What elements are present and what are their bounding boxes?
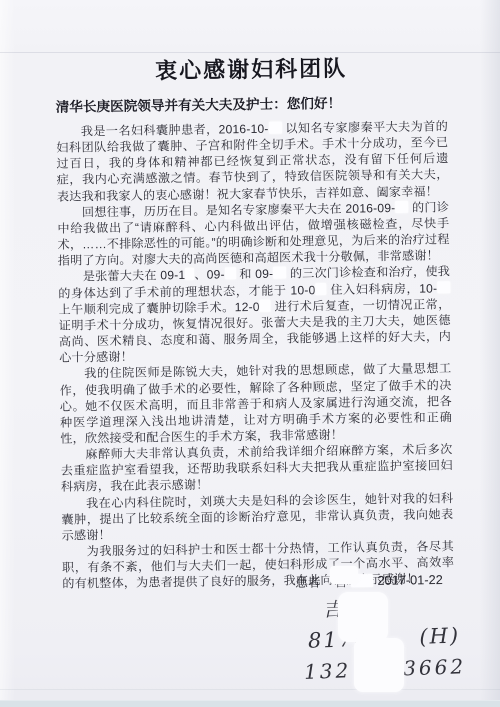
redaction-box <box>315 283 326 295</box>
redaction-box <box>437 281 450 293</box>
paragraph-dr-zhanglei: 是张蕾大夫在 09-1、09- 和 09- 的三次门诊检查和治疗，使我的身体达到… <box>58 264 451 366</box>
text-run: 回想往事，历历在目。是知名专家廖秦平大夫在 2016-09- <box>82 201 396 219</box>
redaction-box <box>395 201 408 213</box>
paragraph-dr-chenrui: 我的住院医师是陈锐大夫，她针对我的思想顾虑，做了大量思想工作，使我明确了做手术的… <box>59 361 452 447</box>
text-run: 上午顺利完成了囊肿切除手术。12-0 <box>58 300 259 317</box>
text-run: 我的住院医师是陈锐大夫，她针对我的思想顾虑，做了大量思想工作，使我明确了做手术的… <box>60 362 453 446</box>
redaction-blob <box>338 592 388 642</box>
paragraph-intro: 我是一名妇科囊肿患者，2016-10- 以知名专家廖秦平大夫为首的妇科团队给我做… <box>56 118 449 204</box>
scanned-letter-page: 衷心感谢妇科团队 清华长庚医院领导并有关大夫及护士：您们好！ 我是一名妇科囊肿患… <box>0 0 500 707</box>
redaction-box <box>225 268 236 280</box>
signature-line: 患者 吉 2017-01-22 <box>295 570 443 591</box>
redaction-box <box>260 299 271 311</box>
redaction-box <box>273 267 286 279</box>
text-run: 我是一名妇科囊肿患者，2016-10- <box>81 122 269 139</box>
text-run: 是张蕾大夫在 09-1 <box>83 268 186 283</box>
redaction-blob <box>354 638 404 692</box>
paper-edge-line <box>0 689 500 690</box>
scan-bottom-edge <box>0 700 500 707</box>
text-run: 住入妇科病房，10- <box>326 281 437 297</box>
letter-title: 衷心感谢妇科团队 <box>55 53 447 86</box>
text-run: 和 09- <box>236 267 274 282</box>
redaction-box <box>269 122 282 134</box>
letter-paragraphs: 我是一名妇科囊肿患者，2016-10- 以知名专家廖秦平大夫为首的妇科团队给我做… <box>56 118 455 592</box>
phone-mobile-prefix: 132 <box>304 658 352 684</box>
redaction-blob <box>330 566 358 584</box>
phone-mobile-suffix: 3662 <box>403 654 467 680</box>
letter-body: 衷心感谢妇科团队 清华长庚医院领导并有关大夫及护士：您们好！ 我是一名妇科囊肿患… <box>55 53 454 592</box>
paragraph-dr-liuying: 我在心内科住院时，刘瑛大夫是妇科的会诊医生，她针对我的妇科囊肿，提出了比较系统全… <box>61 490 454 544</box>
text-run: 我在心内科住院时，刘瑛大夫是妇科的会诊医生，她针对我的妇科囊肿，提出了比较系统全… <box>61 491 453 543</box>
paragraph-dr-liao: 回想往事，历历在目。是知名专家廖秦平大夫在 2016-09- 的门诊中给我做出了… <box>57 199 450 269</box>
salutation-line: 清华长庚医院领导并有关大夫及护士：您们好！ <box>56 92 448 116</box>
paragraph-anesthesiologist: 麻醉师大夫非常认真负责，术前给我详细介绍麻醉方案，术后多次去重症监护室看望我，还… <box>60 441 453 495</box>
phone-home-suffix: (H) <box>419 623 461 648</box>
signature-label: 患者 <box>295 572 321 591</box>
text-run: 麻醉师大夫非常认真负责，术前给我详细介绍麻醉方案，术后多次去重症监护室看望我，还… <box>61 442 453 494</box>
signature-date: 2017-01-22 <box>377 572 443 588</box>
text-run: 、09- <box>194 268 225 282</box>
